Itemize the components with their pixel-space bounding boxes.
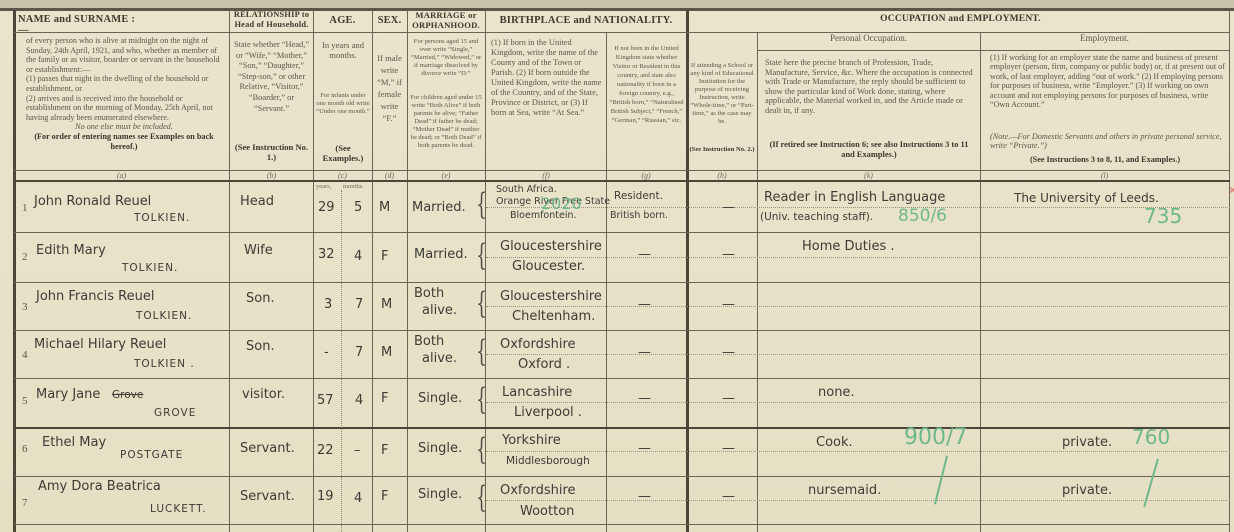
surname: LUCKETT. xyxy=(150,503,207,515)
age-months: 7 xyxy=(355,345,363,360)
birthplace-town: Wootton xyxy=(520,504,574,519)
form-top-border xyxy=(0,0,1234,11)
occupation: Reader in English Language xyxy=(764,190,945,205)
relationship: Head xyxy=(240,194,274,209)
col-a-instructions: of every person who is alive at midnight… xyxy=(26,36,222,151)
age-years: - xyxy=(324,345,329,360)
col-e-title: MARRIAGE or ORPHANHOOD. xyxy=(407,10,485,30)
household-row-5[interactable]: 5 Mary Jane Grove GROVE visitor. 57 4 F … xyxy=(14,379,1230,427)
col-a-note: No one else must be included. xyxy=(26,122,222,132)
school-attendance: — xyxy=(722,391,735,406)
row-number: 6 xyxy=(22,443,28,455)
surname: TOLKIEN. xyxy=(122,262,178,274)
birthplace-town: Middlesborough xyxy=(506,455,590,467)
col-a-instr-1: (1) passes that night in the dwelling of… xyxy=(26,74,222,93)
col-l-instructions: (1) If working for an employer state the… xyxy=(990,53,1226,109)
household-row-1[interactable]: 1 John Ronald Reuel TOLKIEN. Head 29 5 M… xyxy=(14,182,1230,232)
age-years: 22 xyxy=(317,443,334,458)
occupation-title: OCCUPATION and EMPLOYMENT. xyxy=(687,14,1234,24)
birthplace-county: Lancashire xyxy=(502,385,572,400)
sex: M xyxy=(381,297,392,312)
relationship: Son. xyxy=(246,339,275,354)
col-h-instructions: If attending a School or any kind of Edu… xyxy=(689,62,755,126)
row-number: 2 xyxy=(22,251,28,263)
col-a-instr-intro: of every person who is alive at midnight… xyxy=(26,36,222,74)
green-annotation: 900/7 xyxy=(904,425,967,450)
brace-icon: { xyxy=(476,337,487,367)
nationality-residence: Resident. xyxy=(614,190,663,202)
col-letter-k: (k) xyxy=(757,171,980,180)
household-row-6[interactable]: 6 Ethel May POSTGATE Servant. 22 – F Sin… xyxy=(14,429,1230,476)
surname: TOLKIEN. xyxy=(134,212,190,224)
birthplace-town: Cheltenham. xyxy=(512,309,595,324)
brace-icon: { xyxy=(476,190,487,220)
col-letter-c: (c) xyxy=(313,171,372,180)
col-a-instr-2: (2) arrives and is received into the hou… xyxy=(26,94,222,123)
relationship: Servant. xyxy=(240,489,295,504)
occupation: none. xyxy=(818,385,855,400)
col-k-instructions: State here the precise branch of Profess… xyxy=(765,58,973,116)
occupation: Cook. xyxy=(816,435,853,450)
green-annotation: 760 xyxy=(1132,425,1170,449)
household-row-4[interactable]: 4 Michael Hilary Reuel TOLKIEN . Son. - … xyxy=(14,331,1230,378)
school-attendance: — xyxy=(722,441,735,456)
school-attendance: — xyxy=(722,345,735,360)
col-letter-g: (g) xyxy=(606,171,686,180)
col-h-footer: (See Instruction No. 2.) xyxy=(689,146,755,154)
row-number: 5 xyxy=(22,395,28,407)
nationality: — xyxy=(638,345,651,360)
age-months: 4 xyxy=(355,393,363,408)
col-b-footer: (See Instruction No. 1.) xyxy=(232,142,311,163)
age-years: 19 xyxy=(317,489,334,504)
surname: TOLKIEN . xyxy=(134,358,195,370)
school-attendance: — xyxy=(722,200,735,215)
col-e-instructions: For persons aged 15 and over write “Sing… xyxy=(409,38,483,78)
age-years: 29 xyxy=(318,200,335,215)
col-e-instructions-2: For children aged under 15 write “Both A… xyxy=(409,94,483,150)
row-number: 4 xyxy=(22,349,28,361)
forenames: Michael Hilary Reuel xyxy=(34,337,166,352)
forenames: Mary Jane xyxy=(36,387,100,402)
nationality: — xyxy=(638,391,651,406)
green-annotation: 735 xyxy=(1144,204,1182,228)
brace-icon: { xyxy=(476,289,487,319)
col-a-title: NAME and SURNAME :— xyxy=(18,14,138,36)
orphanhood: Both xyxy=(414,286,444,301)
age-years: 32 xyxy=(318,247,335,262)
age-months: 4 xyxy=(354,491,362,506)
sex: M xyxy=(381,345,392,360)
sex: F xyxy=(381,249,388,264)
household-row-7[interactable]: 7 Amy Dora Beatrica LUCKETT. Servant. 19… xyxy=(14,477,1230,524)
col-f-instructions: (1) If born in the United Kingdom, write… xyxy=(491,38,603,118)
col-c-instructions: In years and months. xyxy=(318,40,368,61)
nationality: — xyxy=(638,297,651,312)
col-b-instructions: State whether “Head,” or “Wife,” “Mother… xyxy=(232,40,311,114)
sex: F xyxy=(381,391,388,406)
forenames: John Ronald Reuel xyxy=(34,194,151,209)
green-annotation: 2020 xyxy=(541,194,582,213)
employer: The University of Leeds. xyxy=(1014,191,1159,205)
birthplace-county: Oxfordshire xyxy=(500,483,576,498)
age-months: 7 xyxy=(355,297,363,312)
orphanhood-detail: alive. xyxy=(422,351,457,366)
forenames: John Francis Reuel xyxy=(36,289,154,304)
col-letter-e: (e) xyxy=(407,171,485,180)
col-l-footer: (See Instructions 3 to 8, 11, and Exampl… xyxy=(985,155,1225,165)
nationality: — xyxy=(638,489,651,504)
census-form: NAME and SURNAME :— of every person who … xyxy=(0,0,1234,532)
birthplace-town: Oxford . xyxy=(518,357,570,372)
subheader-rule xyxy=(757,50,1230,51)
col-letter-d: (d) xyxy=(372,171,407,180)
col-letter-a: (a) xyxy=(14,171,229,180)
age-years: 3 xyxy=(324,297,332,312)
surname: POSTGATE xyxy=(120,449,183,461)
nationality: British born. xyxy=(610,210,668,221)
household-row-2[interactable]: 2 Edith Mary TOLKIEN. Wife 32 4 F Marrie… xyxy=(14,233,1230,282)
col-letter-l: (l) xyxy=(980,171,1229,180)
marital-status: Single. xyxy=(418,441,462,456)
occupation-detail: (Univ. teaching staff). xyxy=(760,211,873,223)
col-d-title: SEX. xyxy=(372,15,407,26)
struck-out-surname: Grove xyxy=(112,389,143,401)
age-months: 4 xyxy=(354,249,362,264)
brace-icon: { xyxy=(476,435,487,465)
forenames: Amy Dora Beatrica xyxy=(38,479,161,494)
green-annotation: 850/6 xyxy=(898,206,947,226)
birthplace-title: BIRTHPLACE and NATIONALITY. xyxy=(486,15,686,26)
col-b-title: RELATIONSHIP to Head of Household. xyxy=(230,10,313,30)
orphanhood-detail: alive. xyxy=(422,303,457,318)
col-k-footer: (If retired see Instruction 6; see also … xyxy=(762,140,976,159)
col-l-note: (Note.—For Domestic Servants and others … xyxy=(990,132,1226,151)
sex: F xyxy=(381,443,388,458)
employer: private. xyxy=(1062,435,1112,450)
birthplace-county: Yorkshire xyxy=(502,433,561,448)
col-letter-f: (f) xyxy=(486,171,606,180)
relationship: visitor. xyxy=(242,387,285,402)
brace-icon: { xyxy=(476,241,487,271)
col-d-instructions: If male write “M,” if female write “F.” xyxy=(374,52,405,124)
marital-status: Single. xyxy=(418,487,462,502)
relationship: Servant. xyxy=(240,441,295,456)
row-number: 7 xyxy=(22,497,28,509)
nationality: — xyxy=(638,441,651,456)
col-c-footer: (See Examples.) xyxy=(316,143,370,164)
birthplace-town: Gloucester. xyxy=(512,259,585,274)
col-letter-b: (b) xyxy=(230,171,313,180)
employer: private. xyxy=(1062,483,1112,498)
marital-status: Single. xyxy=(418,391,462,406)
occupation: Home Duties . xyxy=(802,239,895,254)
marital-status: Married. xyxy=(412,200,466,215)
sex: M xyxy=(379,200,390,215)
school-attendance: — xyxy=(722,297,735,312)
relationship: Wife xyxy=(244,243,273,258)
red-check-mark-icon: ✕ xyxy=(1228,184,1234,197)
orphanhood: Both xyxy=(414,334,444,349)
col-c-title: AGE. xyxy=(313,15,372,26)
age-months: 5 xyxy=(354,200,362,215)
relationship: Son. xyxy=(246,291,275,306)
household-row-3[interactable]: 3 John Francis Reuel TOLKIEN. Son. 3 7 M… xyxy=(14,283,1230,330)
col-k-title: Personal Occupation. xyxy=(757,33,980,43)
col-l-title: Employment. xyxy=(980,33,1229,43)
birthplace-county: Gloucestershire xyxy=(500,289,602,304)
col-letter-h: (h) xyxy=(687,171,757,180)
birthplace-town: Liverpool . xyxy=(514,405,582,420)
occupation: nursemaid. xyxy=(808,483,881,498)
age-months: – xyxy=(354,443,361,458)
forenames: Edith Mary xyxy=(36,243,106,258)
school-attendance: — xyxy=(722,489,735,504)
school-attendance: — xyxy=(722,247,735,262)
row-number: 1 xyxy=(22,202,28,214)
marital-status: Married. xyxy=(414,247,468,262)
brace-icon: { xyxy=(476,385,487,415)
surname: GROVE xyxy=(154,407,196,419)
row-rule xyxy=(14,524,1230,525)
surname: TOLKIEN. xyxy=(136,310,192,322)
col-a-footer: (For order of entering names see Example… xyxy=(26,132,222,151)
birthplace-county: Gloucestershire xyxy=(500,239,602,254)
sex: F xyxy=(381,489,388,504)
col-g-instructions: If not born in the United Kingdom state … xyxy=(608,44,685,125)
row-number: 3 xyxy=(22,301,28,313)
birthplace-county: Oxfordshire xyxy=(500,337,576,352)
nationality: — xyxy=(638,247,651,262)
brace-icon: { xyxy=(476,483,487,513)
forenames: Ethel May xyxy=(42,435,106,450)
age-years: 57 xyxy=(317,393,334,408)
col-c-instructions-2: For infants under one month old write “U… xyxy=(316,92,370,116)
